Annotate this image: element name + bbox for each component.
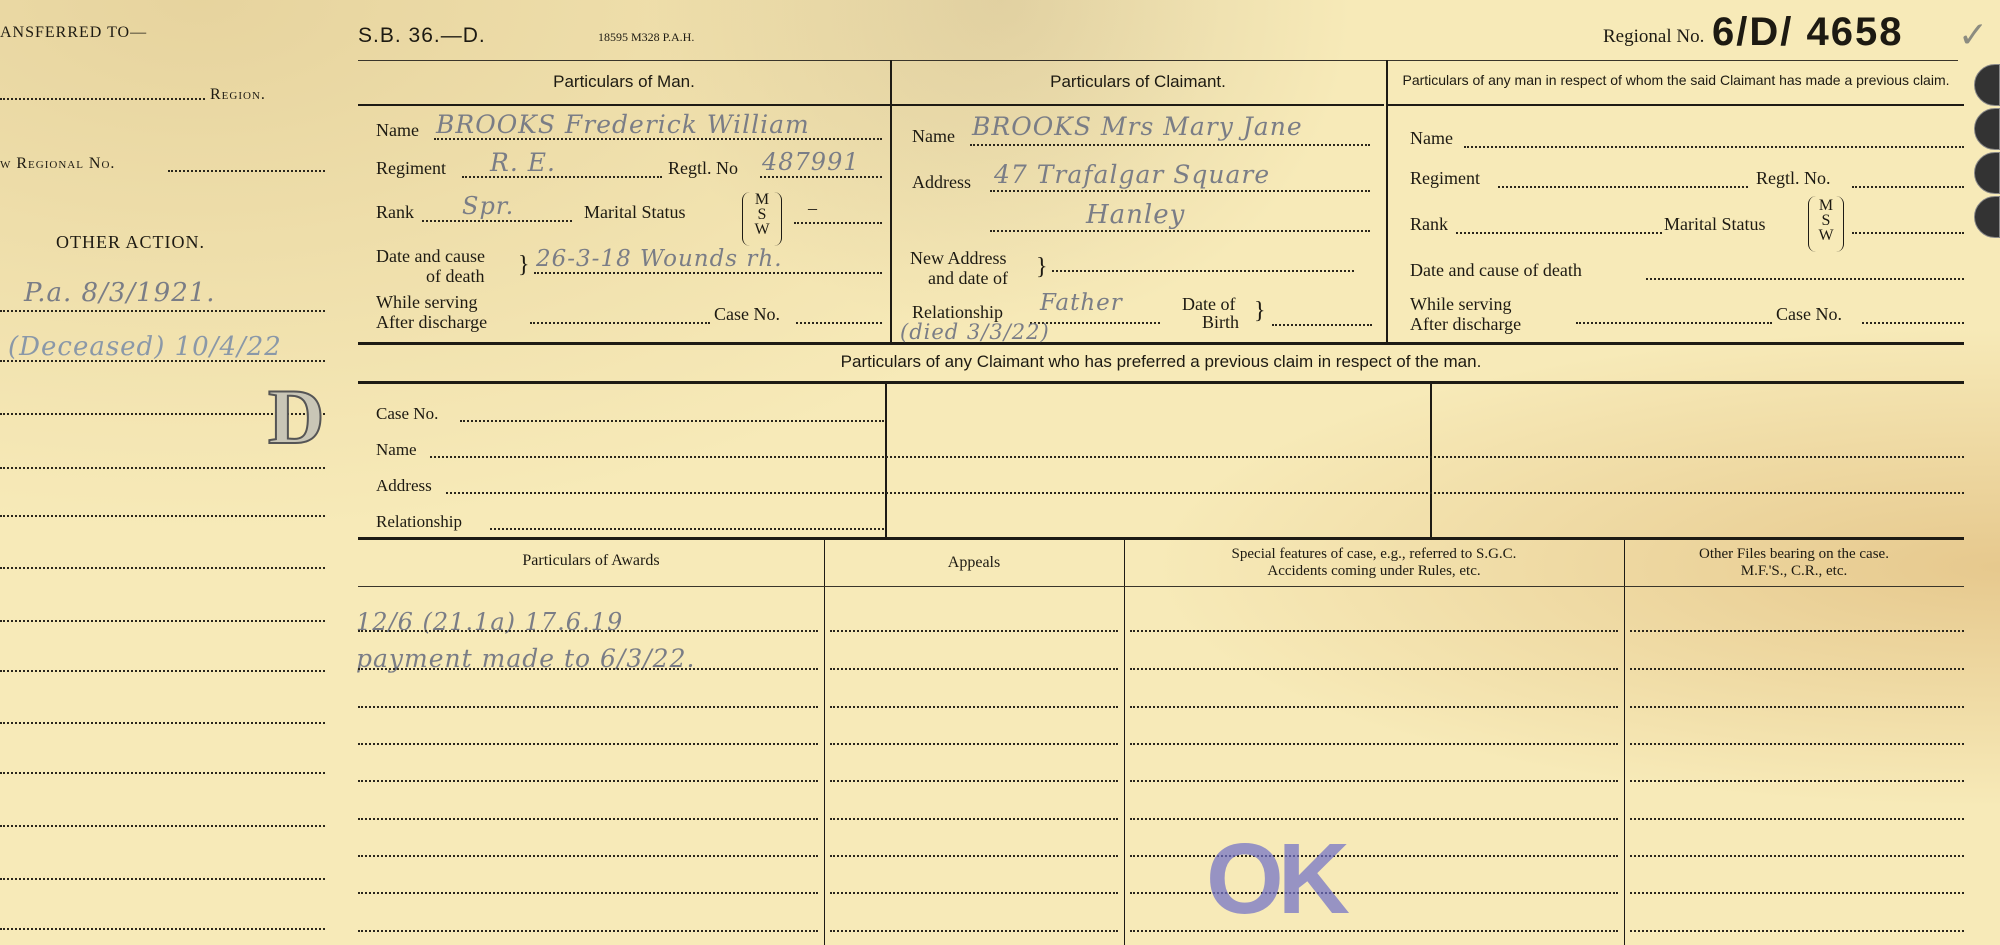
marital-option-s[interactable]: S — [1812, 213, 1840, 228]
marital-status-label: Marital Status — [584, 202, 686, 223]
appeals-row[interactable] — [830, 630, 1118, 632]
prev-man-rank-label: Rank — [1410, 214, 1448, 235]
other-action-line[interactable] — [0, 620, 325, 622]
binder-hole-icon — [1974, 64, 2000, 106]
section-rule — [358, 537, 1964, 540]
divider — [1624, 540, 1625, 945]
address-line-2[interactable]: Hanley — [1086, 200, 1185, 230]
prev-after-discharge-label: After discharge — [1410, 314, 1521, 335]
binder-hole-icon — [1974, 108, 2000, 150]
transferred-to-label: ANSFERRED TO— — [0, 24, 147, 42]
marital-option-w[interactable]: W — [748, 222, 776, 237]
regiment-value[interactable]: R. E. — [490, 148, 556, 177]
prev-name-label: Name — [376, 440, 417, 460]
binder-hole-icon — [1974, 196, 2000, 238]
dotted-line — [422, 220, 572, 222]
awards-row[interactable] — [358, 930, 818, 932]
prev-man-name-field[interactable] — [1464, 146, 1964, 148]
prev-while-serving-label: While serving — [1410, 294, 1511, 315]
dotted-line — [990, 230, 1370, 232]
prev-relationship-label: Relationship — [376, 512, 462, 532]
address-line-1[interactable]: 47 Trafalgar Square — [994, 160, 1270, 189]
other-action-line[interactable] — [0, 722, 325, 724]
rank-label: Rank — [376, 202, 414, 223]
claimant-title: Particulars of Claimant. — [892, 72, 1384, 92]
print-reference: 18595 M328 P.A.H. — [598, 30, 694, 45]
marital-option-w[interactable]: W — [1812, 228, 1840, 243]
dotted-line — [970, 144, 1370, 146]
special-row[interactable] — [1130, 706, 1618, 708]
after-discharge-label: After discharge — [376, 312, 487, 333]
service-status-field[interactable] — [530, 322, 710, 324]
appeals-row[interactable] — [830, 818, 1118, 820]
stamp-d: D — [268, 372, 324, 462]
ok-stamp: OK — [1206, 822, 1344, 937]
appeals-header: Appeals — [824, 554, 1124, 572]
prev-case-no-field[interactable] — [1862, 322, 1964, 324]
prev-man-death-field[interactable] — [1646, 278, 1964, 280]
special-header-line-2: Accidents coming under Rules, etc. — [1124, 563, 1624, 580]
divider — [885, 383, 887, 538]
prev-claimant-case-no-field[interactable] — [460, 420, 884, 422]
other-action-line[interactable] — [0, 467, 325, 469]
prev-case-no-label: Case No. — [376, 404, 438, 424]
brace-icon: } — [518, 252, 530, 279]
dotted-line — [534, 272, 882, 274]
awards-row[interactable] — [358, 743, 818, 745]
awards-header: Particulars of Awards — [358, 552, 824, 570]
prev-address-label: Address — [376, 476, 432, 496]
marital-options: M S W — [748, 192, 776, 237]
case-no-label: Case No. — [714, 304, 780, 325]
form-code: S.B. 36.—D. — [358, 24, 486, 48]
awards-row[interactable] — [358, 780, 818, 782]
appeals-row[interactable] — [830, 780, 1118, 782]
regional-no-value: 6/D/ 4658 — [1712, 10, 1903, 55]
other-action-entry-1: P.a. 8/3/1921. — [24, 278, 216, 308]
new-address-field[interactable] — [1052, 270, 1354, 272]
special-row[interactable] — [1130, 818, 1618, 820]
prev-claimant-relationship-field[interactable] — [490, 528, 884, 530]
awards-row[interactable] — [358, 818, 818, 820]
prev-man-regiment-field[interactable] — [1498, 186, 1748, 188]
man-title: Particulars of Man. — [358, 72, 890, 92]
brace-icon: } — [1254, 298, 1266, 325]
marital-value[interactable]: – — [808, 198, 817, 219]
appeals-row[interactable] — [830, 855, 1118, 857]
prev-man-regtl-no-field[interactable] — [1852, 186, 1964, 188]
divider — [1430, 383, 1432, 538]
dotted-line — [990, 190, 1370, 192]
claimant-name-label: Name — [912, 126, 955, 147]
top-rule — [358, 60, 1958, 61]
regtl-no-value[interactable]: 487991 — [762, 148, 860, 176]
section-rule — [358, 342, 1964, 345]
prev-man-name-label: Name — [1410, 128, 1453, 149]
death-value[interactable]: 26-3-18 Wounds rh. — [536, 246, 783, 272]
special-row[interactable] — [1130, 743, 1618, 745]
prev-man-marital-field[interactable] — [1852, 232, 1964, 234]
section-rule — [358, 381, 1964, 384]
prev-service-status-field[interactable] — [1576, 322, 1772, 324]
other-action-line[interactable] — [0, 772, 325, 774]
divider — [824, 540, 825, 945]
prev-man-death-label: Date and cause of death — [1410, 260, 1582, 281]
prev-man-header-rule — [1388, 104, 1964, 106]
relationship-note: (died 3/3/22) — [900, 320, 1050, 344]
special-header-line-1: Special features of case, e.g., referred… — [1124, 546, 1624, 563]
dotted-line — [794, 222, 882, 224]
marital-option-m[interactable]: M — [748, 192, 776, 207]
prev-claimant-address-field[interactable] — [446, 492, 1964, 494]
other-files-row[interactable] — [1630, 706, 1964, 708]
appeals-row[interactable] — [830, 743, 1118, 745]
other-action-line[interactable] — [0, 515, 325, 517]
region-label: Region. — [210, 86, 266, 104]
appeals-row[interactable] — [830, 706, 1118, 708]
claimant-name-value[interactable]: BROOKS Mrs Mary Jane — [972, 112, 1303, 141]
awards-row[interactable] — [358, 630, 818, 632]
prev-man-marital-label: Marital Status — [1664, 214, 1766, 235]
prev-man-title: Particulars of any man in respect of who… — [1396, 72, 1956, 89]
death-label-2: of death — [426, 266, 484, 287]
other-files-header: Other Files bearing on the case. M.F.'S.… — [1624, 546, 1964, 580]
regtl-no-label: Regtl. No — [668, 158, 738, 179]
divider — [1124, 540, 1125, 945]
other-files-row[interactable] — [1630, 892, 1964, 894]
new-regional-no-label: w Regional No. — [0, 155, 115, 173]
special-row[interactable] — [1130, 780, 1618, 782]
new-address-label-2: and date of — [928, 268, 1008, 289]
other-files-row[interactable] — [1630, 743, 1964, 745]
dob-label-2: Birth — [1202, 312, 1239, 333]
prev-marital-options: M S W — [1812, 198, 1840, 243]
other-files-row[interactable] — [1630, 630, 1964, 632]
other-files-row[interactable] — [1630, 818, 1964, 820]
marital-option-m[interactable]: M — [1812, 198, 1840, 213]
special-features-header: Special features of case, e.g., referred… — [1124, 546, 1624, 580]
awards-row[interactable] — [358, 892, 818, 894]
brace-icon: } — [1036, 254, 1048, 281]
case-no-field[interactable] — [796, 322, 882, 324]
other-files-header-line-1: Other Files bearing on the case. — [1624, 546, 1964, 563]
check-mark-icon: ✓ — [1958, 14, 1988, 56]
awards-row[interactable] — [358, 706, 818, 708]
relationship-value[interactable]: Father — [1040, 290, 1123, 316]
prev-case-no-label: Case No. — [1776, 304, 1842, 325]
special-row[interactable] — [1130, 630, 1618, 632]
address-label: Address — [912, 172, 971, 193]
awards-row[interactable] — [358, 668, 818, 670]
other-action-line[interactable] — [0, 825, 325, 827]
regional-no-label: Regional No. — [1603, 26, 1704, 48]
other-action-line[interactable] — [0, 878, 325, 880]
regiment-label: Regiment — [376, 158, 446, 179]
other-files-row[interactable] — [1630, 668, 1964, 670]
binder-hole-icon — [1974, 152, 2000, 194]
special-row[interactable] — [1130, 855, 1618, 857]
other-action-line[interactable] — [0, 310, 325, 312]
other-files-header-line-2: M.F.'S., C.R., etc. — [1624, 563, 1964, 580]
prev-claimant-title: Particulars of any Claimant who has pref… — [358, 352, 1964, 372]
dob-field[interactable] — [1272, 324, 1372, 326]
other-action-entry-2: (Deceased) 10/4/22 — [8, 332, 282, 362]
death-label-1: Date and cause — [376, 246, 485, 267]
man-header-rule — [358, 104, 890, 106]
marital-option-s[interactable]: S — [748, 207, 776, 222]
divider — [890, 60, 892, 342]
man-name-value[interactable]: BROOKS Frederick William — [436, 110, 810, 139]
prev-man-regiment-label: Regiment — [1410, 168, 1480, 189]
dotted-line — [760, 176, 882, 178]
divider — [1386, 60, 1388, 342]
other-action-title: OTHER ACTION. — [56, 232, 205, 253]
other-action-line[interactable] — [0, 567, 325, 569]
header-rule — [358, 586, 1964, 587]
rank-value[interactable]: Spr. — [462, 192, 514, 220]
other-action-line[interactable] — [0, 928, 325, 930]
while-serving-label: While serving — [376, 292, 477, 313]
new-regional-no-field[interactable] — [168, 170, 325, 172]
special-row[interactable] — [1130, 668, 1618, 670]
special-row[interactable] — [1130, 930, 1618, 932]
appeals-row[interactable] — [830, 668, 1118, 670]
appeals-row[interactable] — [830, 930, 1118, 932]
prev-man-rank-field[interactable] — [1456, 232, 1662, 234]
new-address-label-1: New Address — [910, 248, 1007, 269]
region-field[interactable] — [0, 98, 205, 100]
prev-man-regtl-no-label: Regtl. No. — [1756, 168, 1831, 189]
other-action-line[interactable] — [0, 360, 325, 362]
special-row[interactable] — [1130, 892, 1618, 894]
appeals-row[interactable] — [830, 892, 1118, 894]
other-files-row[interactable] — [1630, 780, 1964, 782]
awards-row[interactable] — [358, 855, 818, 857]
other-action-line[interactable] — [0, 670, 325, 672]
man-name-label: Name — [376, 120, 419, 141]
other-files-row[interactable] — [1630, 930, 1964, 932]
prev-claimant-name-field[interactable] — [430, 456, 1964, 458]
claimant-header-rule — [892, 104, 1384, 106]
other-files-row[interactable] — [1630, 855, 1964, 857]
